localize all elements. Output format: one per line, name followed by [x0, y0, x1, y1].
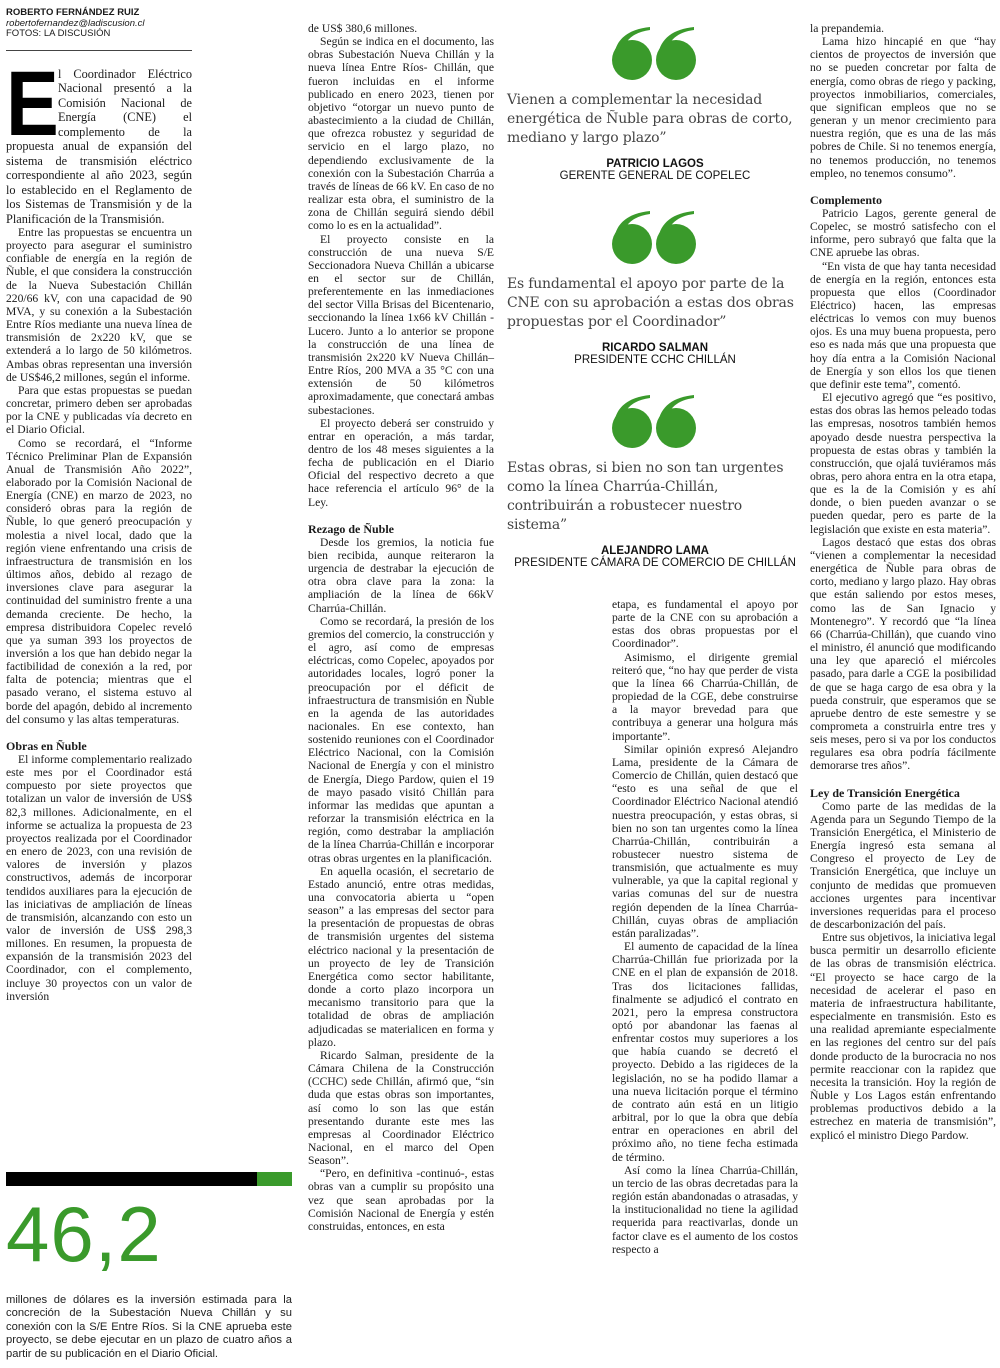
quote-marks-icon — [610, 394, 700, 449]
paragraph: El ejecutivo agregó que “es positivo, es… — [810, 391, 996, 536]
quote-marks-icon — [610, 26, 700, 81]
pull-quotes: Vienen a complementar la necesidad energ… — [505, 18, 805, 569]
byline: ROBERTO FERNÁNDEZ RUIZ robertofernandez@… — [6, 8, 192, 40]
drop-cap: E — [6, 69, 46, 139]
stat-caption: millones de dólares es la inversión esti… — [6, 1294, 292, 1361]
pull-quote-2: Es fundamental el apoyo por parte de la … — [505, 210, 805, 366]
subheading-complemento: Complemento — [810, 193, 996, 207]
paragraph: Como parte de las medidas de la Agenda p… — [810, 800, 996, 932]
paragraph: En aquella ocasión, el secretario de Est… — [308, 865, 494, 1049]
quote-author-role: PRESIDENTE CÁMARA DE COMERCIO DE CHILLÁN — [505, 557, 805, 569]
paragraph: Similar opinión expresó Alejandro Lama, … — [612, 743, 798, 940]
subheading-obras-en-nuble: Obras en Ñuble — [6, 739, 192, 753]
byline-author: ROBERTO FERNÁNDEZ RUIZ — [6, 8, 192, 19]
paragraph: Patricio Lagos, gerente general de Copel… — [810, 207, 996, 260]
paragraph: Entre sus objetivos, la iniciativa legal… — [810, 931, 996, 1142]
paragraph: Como se recordará, el “Informe Técnico P… — [6, 437, 192, 726]
paragraph: El proyecto deberá ser construido y entr… — [308, 417, 494, 509]
quote-author-role: GERENTE GENERAL DE COPELEC — [505, 170, 805, 182]
paragraph: Entre las propuestas se encuentra un pro… — [6, 226, 192, 384]
paragraph: etapa, es fundamental el apoyo por parte… — [612, 598, 798, 651]
quote-author-name: PATRICIO LAGOS — [505, 158, 805, 170]
quote-author-role: PRESIDENTE CCHC CHILLÁN — [505, 354, 805, 366]
article-column-2: de US$ 380,6 millones. Según se indica e… — [308, 22, 494, 1233]
paragraph: Desde los gremios, la noticia fue bien r… — [308, 536, 494, 615]
paragraph: Ricardo Salman, presidente de la Cámara … — [308, 1049, 494, 1167]
stat-bar-green — [257, 1172, 292, 1186]
paragraph: El informe complementario realizado este… — [6, 753, 192, 1003]
stat-bar — [6, 1172, 292, 1186]
paragraph: Como se recordará, la presión de los gre… — [308, 615, 494, 865]
article-column-4: la prepandemia. Lama hizo hincapié en qu… — [810, 22, 996, 1142]
article-column-3: etapa, es fundamental el apoyo por parte… — [612, 598, 798, 1256]
lead-paragraph: E l Coordinador Eléctrico Nacional prese… — [6, 67, 192, 227]
article-column-1: ROBERTO FERNÁNDEZ RUIZ robertofernandez@… — [6, 8, 192, 1003]
paragraph: de US$ 380,6 millones. — [308, 22, 494, 35]
paragraph: Lagos destacó que estas dos obras “viene… — [810, 536, 996, 773]
quote-text: Es fundamental el apoyo por parte de la … — [505, 275, 805, 332]
quote-author-name: RICARDO SALMAN — [505, 342, 805, 354]
paragraph: El proyecto consiste en la construcción … — [308, 233, 494, 417]
quote-text: Vienen a complementar la necesidad energ… — [505, 91, 805, 148]
stat-box: 46,2 millones de dólares es la inversión… — [6, 1172, 292, 1361]
pull-quote-1: Vienen a complementar la necesidad energ… — [505, 26, 805, 182]
paragraph: la prepandemia. — [810, 22, 996, 35]
paragraph: Asimismo, el dirigente gremial reiteró q… — [612, 651, 798, 743]
paragraph: Así como la línea Charrúa-Chillán, un te… — [612, 1164, 798, 1256]
stat-bar-black — [6, 1172, 257, 1186]
paragraph: Lama hizo hincapié en que “hay cientos d… — [810, 35, 996, 180]
byline-divider — [6, 50, 192, 51]
paragraph: Para que estas propuestas se puedan conc… — [6, 384, 192, 437]
stat-number: 46,2 — [6, 1194, 292, 1274]
subheading-rezago-de-nuble: Rezago de Ñuble — [308, 522, 494, 536]
paragraph: El aumento de capacidad de la línea Char… — [612, 940, 798, 1164]
quote-marks-icon — [610, 210, 700, 265]
paragraph: “Pero, en definitiva -continuó-, estas o… — [308, 1167, 494, 1233]
quote-text: Estas obras, si bien no son tan urgentes… — [505, 459, 805, 535]
pull-quote-3: Estas obras, si bien no son tan urgentes… — [505, 394, 805, 569]
paragraph: Según se indica en el documento, las obr… — [308, 35, 494, 232]
quote-author-name: ALEJANDRO LAMA — [505, 545, 805, 557]
paragraph: “En vista de que hay tanta necesidad de … — [810, 260, 996, 392]
subheading-ley-transicion-energetica: Ley de Transición Energética — [810, 786, 996, 800]
byline-photo-credit: FOTOS: LA DISCUSIÓN — [6, 29, 192, 40]
